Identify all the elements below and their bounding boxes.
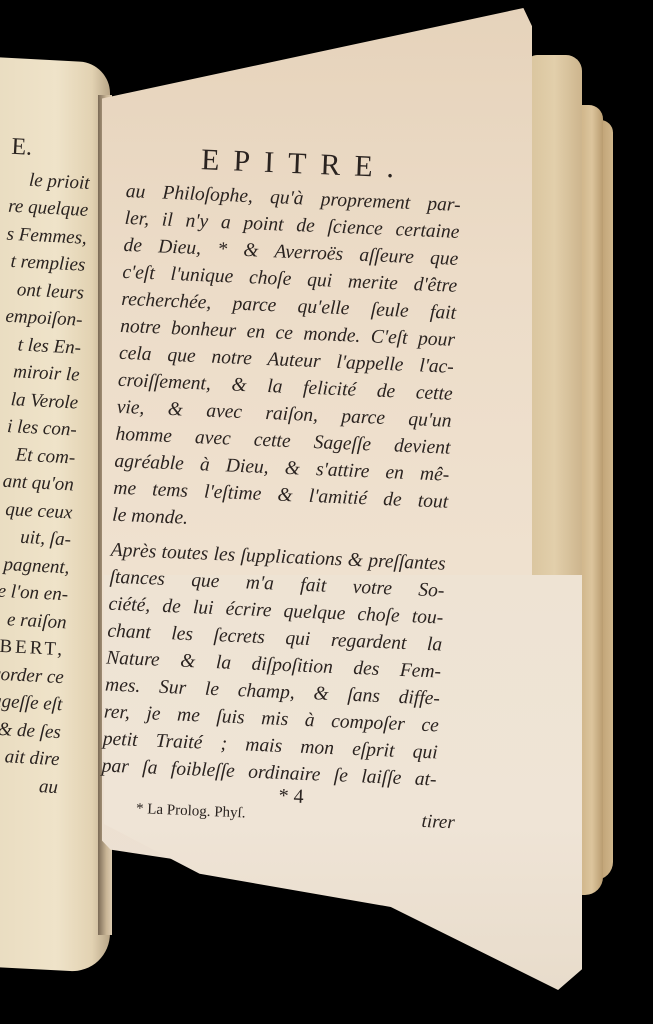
text-line: pagnent, [0, 549, 70, 581]
text-line: empoiſon- [0, 302, 83, 334]
right-page-text: EPITRE. au Philoſophe, qu'à proprement p… [100, 140, 463, 827]
text-line: uit, ſa- [0, 522, 72, 554]
text-line: au [0, 769, 59, 801]
text-line: t remplies [0, 247, 86, 279]
text-line: i les con- [0, 412, 77, 444]
text-line: ait dire [0, 741, 60, 773]
text-line: Et com- [0, 439, 76, 471]
catchword: tirer [421, 811, 455, 834]
paragraph-1: au Philoſophe, qu'à proprement par- ler,… [112, 178, 461, 543]
text-line: s Femmes, [0, 220, 87, 252]
text-line: BERT, [0, 632, 66, 664]
text-line: que ceux [0, 494, 73, 526]
text-line: re quelque [0, 192, 89, 224]
paragraph-2: Après toutes les ſupplications & preſſan… [101, 537, 446, 794]
text-line: ageſſe eſt [0, 686, 63, 718]
text-line: ont leurs [0, 274, 85, 306]
text-line: & de ſes [0, 714, 62, 746]
text-line: la Verole [0, 384, 79, 416]
text-line: corder ce [0, 659, 64, 691]
text-line: ant qu'on [0, 467, 75, 499]
left-page-header: E. [0, 133, 92, 165]
text-line: e raiſon [0, 604, 67, 636]
text-line: t les En- [0, 329, 82, 361]
text-line: miroir le [0, 357, 80, 389]
text-line: e l'on en- [0, 577, 69, 609]
signature-mark: * 4 [278, 785, 304, 809]
